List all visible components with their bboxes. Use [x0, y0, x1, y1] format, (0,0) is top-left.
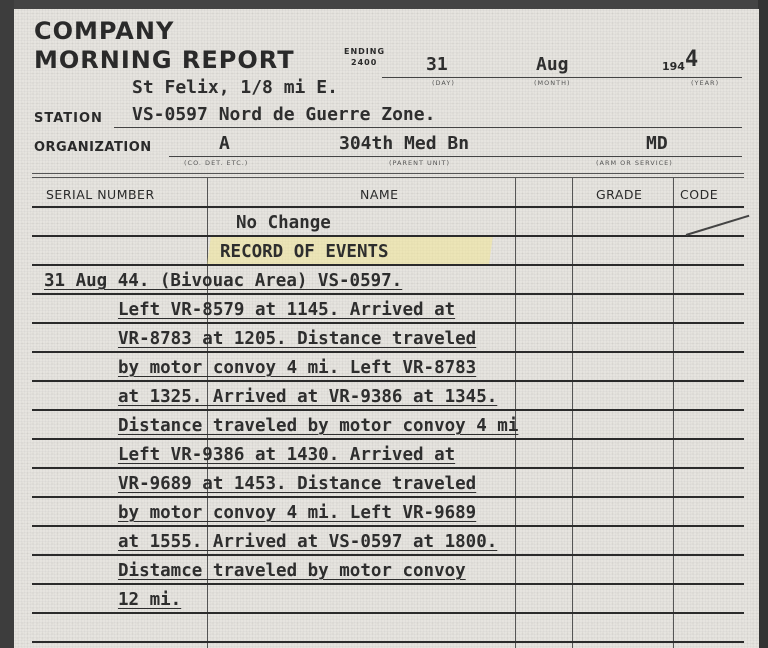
station-value: VS-0597 Nord de Guerre Zone. — [132, 104, 435, 125]
organization-underline — [169, 156, 742, 157]
table-top-rule — [32, 173, 744, 174]
row-rule — [32, 351, 744, 353]
row-rule — [32, 380, 744, 382]
column-divider-name-a — [515, 177, 516, 648]
event-line: VR-9689 at 1453. Distance traveled — [118, 474, 476, 494]
row-rule — [32, 235, 744, 237]
row-record-of-events: RECORD OF EVENTS — [220, 242, 389, 262]
event-line: 12 mi. — [118, 590, 181, 610]
row-rule — [32, 525, 744, 527]
parent-unit-value: 304th Med Bn — [339, 133, 469, 154]
location-value: St Felix, 1/8 mi E. — [132, 77, 338, 98]
station-label: STATION — [34, 111, 103, 126]
row-rule — [32, 467, 744, 469]
event-line: 31 Aug 44. (Bivouac Area) VS-0597. — [44, 271, 402, 291]
year-prefix: 194 — [662, 60, 685, 73]
row-rule — [32, 612, 744, 614]
row-rule — [32, 409, 744, 411]
event-line: Left VR-9386 at 1430. Arrived at — [118, 445, 455, 465]
scan-border-right — [758, 0, 768, 648]
organization-label: ORGANIZATION — [34, 140, 152, 155]
month-value: Aug — [536, 54, 569, 75]
event-line: Distance traveled by motor convoy 4 mi — [118, 416, 518, 436]
row-rule — [32, 641, 744, 643]
form-title-company: COMPANY — [34, 17, 174, 45]
column-divider-grade — [673, 177, 674, 648]
scan-border-left — [0, 0, 14, 648]
month-label: (MONTH) — [534, 79, 571, 87]
station-underline — [114, 127, 742, 128]
year-label: (YEAR) — [691, 79, 719, 87]
row-rule — [32, 293, 744, 295]
day-value: 31 — [426, 54, 448, 75]
parent-unit-label: (PARENT UNIT) — [389, 159, 450, 167]
row-rule — [32, 583, 744, 585]
event-line: Left VR-8579 at 1145. Arrived at — [118, 300, 455, 320]
morning-report-form: COMPANY MORNING REPORT ENDING 2400 31 (D… — [14, 9, 759, 648]
arm-service-value: MD — [646, 133, 668, 154]
row-rule — [32, 496, 744, 498]
column-header-code: CODE — [680, 187, 718, 202]
event-line: at 1555. Arrived at VS-0597 at 1800. — [118, 532, 497, 552]
column-header-grade: GRADE — [596, 187, 642, 202]
event-line: by motor convoy 4 mi. Left VR-9689 — [118, 503, 476, 523]
event-line: at 1325. Arrived at VR-9386 at 1345. — [118, 387, 497, 407]
event-line: by motor convoy 4 mi. Left VR-8783 — [118, 358, 476, 378]
row-rule — [32, 554, 744, 556]
row-no-change: No Change — [236, 213, 331, 233]
day-label: (DAY) — [432, 79, 455, 87]
ending-label: ENDING — [344, 47, 385, 56]
header-bottom-rule — [32, 206, 744, 208]
year-digit: 4 — [685, 47, 698, 72]
date-underline — [382, 77, 742, 78]
ending-time: 2400 — [351, 58, 377, 67]
organization-company: A — [219, 133, 230, 154]
column-header-name: NAME — [360, 187, 399, 202]
form-title-morning-report: MORNING REPORT — [34, 46, 295, 74]
row-rule — [32, 438, 744, 440]
column-divider-name-b — [572, 177, 573, 648]
row-rule — [32, 322, 744, 324]
table-top-rule-2 — [32, 177, 744, 178]
row-rule — [32, 264, 744, 266]
event-line: VR-8783 at 1205. Distance traveled — [118, 329, 476, 349]
arm-service-label: (ARM OR SERVICE) — [596, 159, 673, 167]
column-header-serial: SERIAL NUMBER — [46, 187, 155, 202]
event-line: Distamce traveled by motor convoy — [118, 561, 466, 581]
code-check-mark — [686, 215, 750, 236]
organization-company-label: (CO. DET. ETC.) — [184, 159, 248, 167]
